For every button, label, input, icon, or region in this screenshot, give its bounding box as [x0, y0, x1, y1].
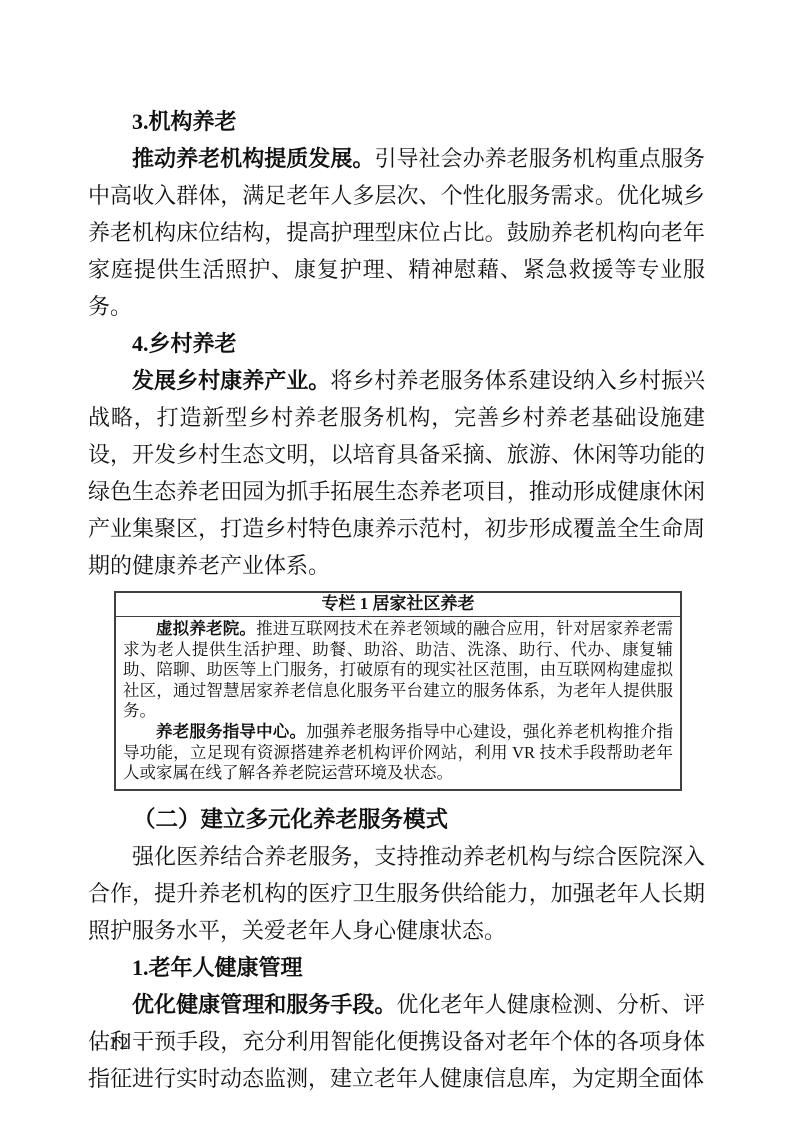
- callout-paragraph-guidance-center: 养老服务指导中心。加强养老服务指导中心建设，强化养老机构推介指导功能，立足现有资…: [123, 722, 673, 784]
- heading-institutional-eldercare: 3.机构养老: [88, 103, 705, 140]
- paragraph-institutional-eldercare-text: 引导社会办养老服务机构重点服务中高收入群体，满足老年人多层次、个性化服务需求。优…: [88, 146, 705, 319]
- paragraph-medical-care-integration: 强化医养结合养老服务，支持推动养老机构与综合医院深入合作，提升养老机构的医疗卫生…: [88, 838, 705, 949]
- paragraph-health-management-lead: 优化健康管理和服务手段。: [132, 992, 396, 1017]
- callout-paragraph-guidance-center-lead: 养老服务指导中心。: [156, 722, 306, 741]
- paragraph-rural-eldercare: 发展乡村康养产业。将乡村养老服务体系建设纳入乡村振兴战略，打造新型乡村养老服务机…: [88, 362, 705, 584]
- callout-title: 专栏 1 居家社区养老: [116, 593, 680, 617]
- callout-paragraph-virtual-nursing-home-lead: 虚拟养老院。: [156, 619, 256, 638]
- heading-diversified-eldercare-model: （二）建立多元化养老服务模式: [88, 801, 705, 838]
- document-body: 3.机构养老 推动养老机构提质发展。引导社会办养老服务机构重点服务中高收入群体，…: [88, 103, 705, 1097]
- callout-body: 虚拟养老院。推进互联网技术在养老领域的融合应用，针对居家养老需求为老人提供生活护…: [116, 617, 680, 789]
- paragraph-institutional-eldercare: 推动养老机构提质发展。引导社会办养老服务机构重点服务中高收入群体，满足老年人多层…: [88, 140, 705, 325]
- paragraph-rural-eldercare-text: 将乡村养老服务体系建设纳入乡村振兴战略，打造新型乡村养老服务机构，完善乡村养老基…: [88, 368, 705, 578]
- paragraph-institutional-eldercare-lead: 推动养老机构提质发展。: [132, 146, 374, 171]
- document-page: 3.机构养老 推动养老机构提质发展。引导社会办养老服务机构重点服务中高收入群体，…: [0, 0, 793, 1122]
- callout-box-column1: 专栏 1 居家社区养老 虚拟养老院。推进互联网技术在养老领域的融合应用，针对居家…: [114, 591, 682, 791]
- heading-senior-health-management: 1.老年人健康管理: [88, 949, 705, 986]
- paragraph-rural-eldercare-lead: 发展乡村康养产业。: [132, 368, 330, 393]
- paragraph-health-management: 优化健康管理和服务手段。优化老年人健康检测、分析、评估和干预手段，充分利用智能化…: [88, 986, 705, 1097]
- callout-paragraph-virtual-nursing-home: 虚拟养老院。推进互联网技术在养老领域的融合应用，针对居家养老需求为老人提供生活护…: [123, 619, 673, 722]
- heading-rural-eldercare: 4.乡村养老: [88, 325, 705, 362]
- page-number: - 12 -: [94, 1033, 145, 1054]
